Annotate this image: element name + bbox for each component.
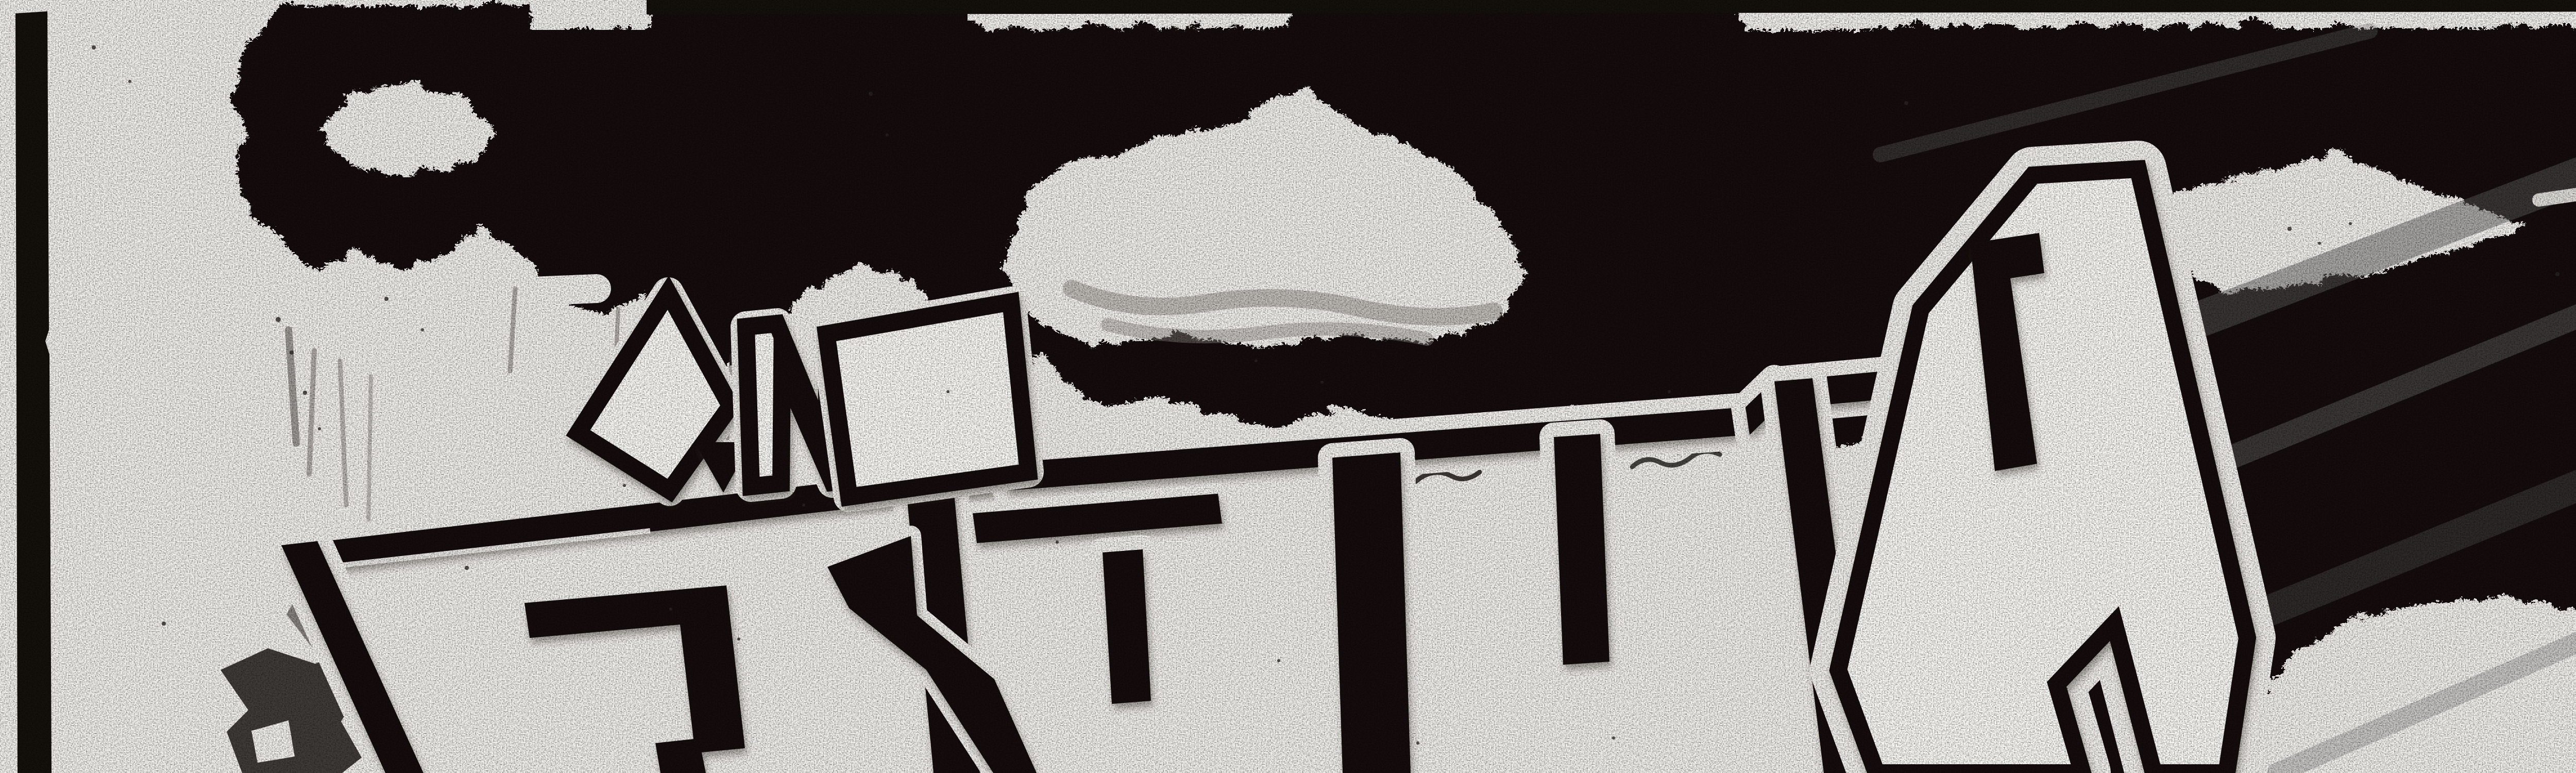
- comic-panel-artwork: [0, 0, 2576, 773]
- print-grain-overlay: [0, 0, 2576, 773]
- comic-page-scan: [0, 0, 2576, 773]
